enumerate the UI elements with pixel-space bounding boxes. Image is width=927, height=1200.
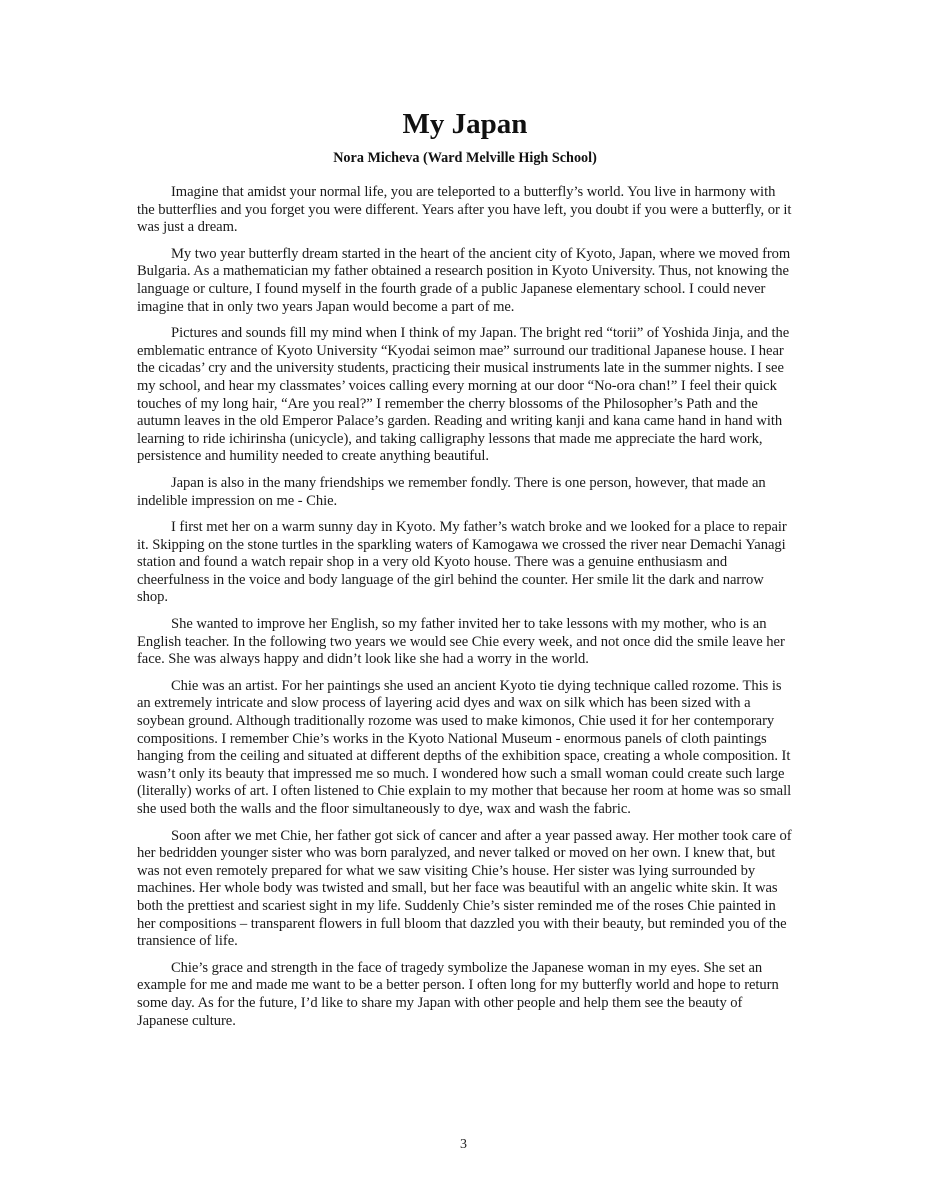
page-number: 3 <box>0 1136 927 1154</box>
paragraph-2: My two year butterfly dream started in t… <box>137 246 793 316</box>
paragraph-7: Chie was an artist. For her paintings sh… <box>137 678 793 819</box>
paragraph-8: Soon after we met Chie, her father got s… <box>137 828 793 951</box>
paragraph-6: She wanted to improve her English, so my… <box>137 616 793 669</box>
paragraph-5: I first met her on a warm sunny day in K… <box>137 519 793 607</box>
paragraph-9: Chie’s grace and strength in the face of… <box>137 960 793 1030</box>
author-byline: Nora Micheva (Ward Melville High School) <box>137 149 793 167</box>
document-title: My Japan <box>137 104 793 144</box>
paragraph-4: Japan is also in the many friendships we… <box>137 475 793 510</box>
essay-body: Imagine that amidst your normal life, yo… <box>137 184 793 1039</box>
paragraph-1: Imagine that amidst your normal life, yo… <box>137 184 793 237</box>
paragraph-3: Pictures and sounds fill my mind when I … <box>137 325 793 466</box>
